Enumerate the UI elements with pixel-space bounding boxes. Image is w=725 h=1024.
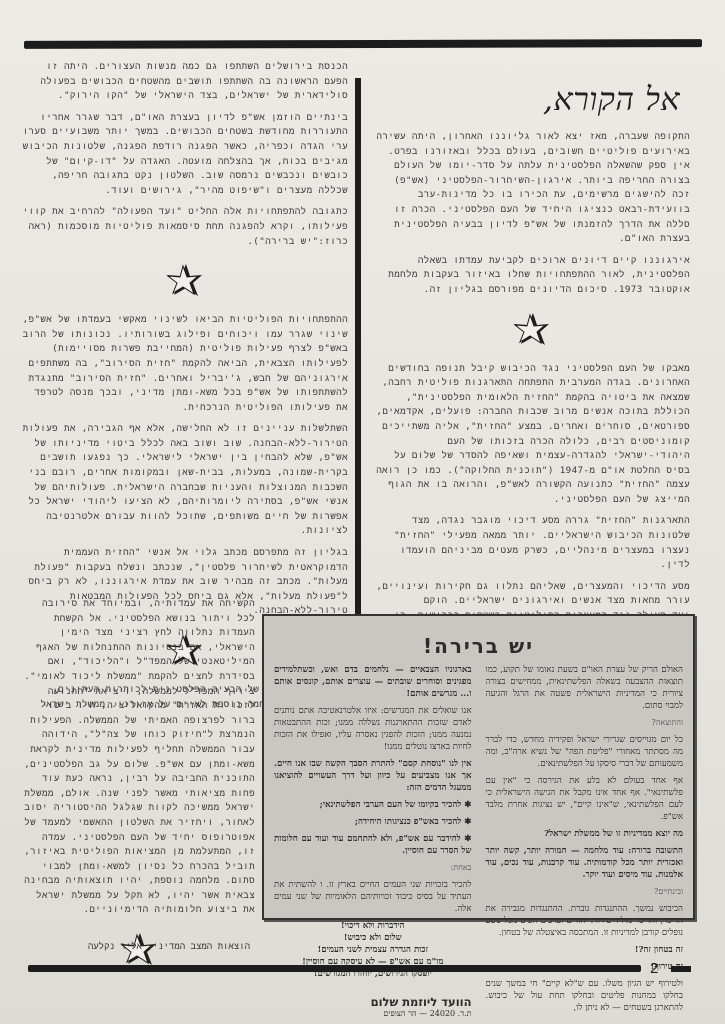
paragraph: מאבקו של העם הפלסטיני נגד הכיבוש קיבל תנ… <box>372 362 690 508</box>
bottom-rule <box>28 965 641 972</box>
leaflet-paragraph: והתוצאה? <box>486 717 684 729</box>
leaflet-paragraph: הכיבוש נמשך. ההתנגדות גוברת. ההתנגדות מג… <box>486 903 684 939</box>
paragraph: ההתפתחויות הפוליטיות הביאו לשינוי מאקשי … <box>20 313 348 415</box>
leaflet-paragraph: התשובה ברורה: עוד מלחמה — חמורה יותר, קש… <box>486 845 684 881</box>
leaflet-title: יש ברירה! <box>264 634 693 658</box>
publication-credit: הוצאות המצב המדיני, אליר נקלעה <box>40 942 250 952</box>
leaflet-right-column: האולם הריק של עצרת האו"ם בשעת נאומו של ת… <box>486 664 684 910</box>
left-lower-column: הקשיחה את עמדותיה, ובמיוחד את סירובה לכל… <box>20 597 255 982</box>
leaflet-paragraph: באחת: <box>274 862 472 874</box>
column-divider <box>355 78 361 623</box>
bottom-rule-end <box>671 966 691 972</box>
leaflet-paragraph: בארגוניו הצבאיים — נלחמים בדם ואש, וכשתל… <box>274 664 472 700</box>
leaflet-box: יש ברירה! האולם הריק של עצרת האו"ם בשעת … <box>262 614 695 920</box>
star-icon <box>164 261 204 301</box>
paragraph: התקופה שעברה, מאז יצא לאור גליוננו האחרו… <box>372 130 690 247</box>
leaflet-paragraph: ולטירוף יש הגיון משלו. עם ש"לא קיים" חי … <box>486 978 684 1014</box>
leaflet-paragraph: ✱ להכיר בקיומו של העם הערבי הפלשתינאי; <box>274 799 472 811</box>
leaflet-paragraph: האולם הריק של עצרת האו"ם בשעת נאומו של ת… <box>486 664 684 712</box>
paragraph: הכנסת בירושלים השתתפו גם כמה מנשות העצור… <box>20 60 348 104</box>
leaflet-paragraph: להכיר בזכויות שני העמים החיים בארץ זו. ו… <box>274 879 472 915</box>
leaflet-paragraph: זה בטחון זה?! <box>486 944 684 956</box>
leaflet-paragraph: ✱ להכיר באש"פ כנציגותו היחידה; <box>274 816 472 828</box>
leaflet-left-column: בארגוניו הצבאיים — נלחמים בדם ואש, וכשתל… <box>274 664 472 910</box>
leaflet-paragraph: אין לנו "נוסחת קסם" להתרת הסבך הקשה שבו … <box>274 758 472 794</box>
leaflet-paragraph: מה יוצא ממדיניות זו של ממשלת ישראל? <box>486 828 684 840</box>
paragraph: בינתיים הוזמן אש"פ לדיון בעצרת האו"ם, דב… <box>20 111 348 199</box>
leaflet-paragraph: אף אחד בעולם לא בלע את הגירסה כי "אין עם… <box>486 775 684 823</box>
leaflet-paragraph: אנו שואלים את המגרשים: איזו אלטרנאטיבה א… <box>274 705 472 753</box>
star-icon <box>511 310 551 350</box>
leaflet-paragraph: ✱ להידבר עם אש"פ, ולא להתחמם עוד ועוד עם… <box>274 833 472 857</box>
page-number: 2 <box>650 960 658 977</box>
leaflet-address: ת.ד. 24020 — הר הצופים <box>274 1008 472 1020</box>
leaflet-signature: הוועד ליוזמת שלום <box>274 996 472 1008</box>
paragraph: הקשיחה את עמדותיה, ובמיוחד את סירובה לכל… <box>20 597 255 918</box>
document-page: אל הקורא, התקופה שעברה, מאז יצא לאור גלי… <box>0 0 725 1024</box>
top-rule <box>24 39 702 49</box>
paragraph: כתגובה להתפתחויות אלה החליט "ועד הפעולה"… <box>20 205 348 249</box>
paragraph: השתלשלות עניינים זו לא החלישה, אלא אף הג… <box>20 422 348 539</box>
leaflet-paragraph: ובינתיים? <box>486 886 684 898</box>
paragraph: אירגוננו קיים דיונים ארוכים לקביעת עמדתו… <box>372 254 690 298</box>
paragraph: התארגנות "החזית" גררה מסע דיכוי מוגבר נג… <box>372 514 690 572</box>
headline: אל הקורא, <box>372 80 680 118</box>
leaflet-paragraph: כל יום מגוייסים שגרירי ישראל ופקידיה מחד… <box>486 734 684 770</box>
